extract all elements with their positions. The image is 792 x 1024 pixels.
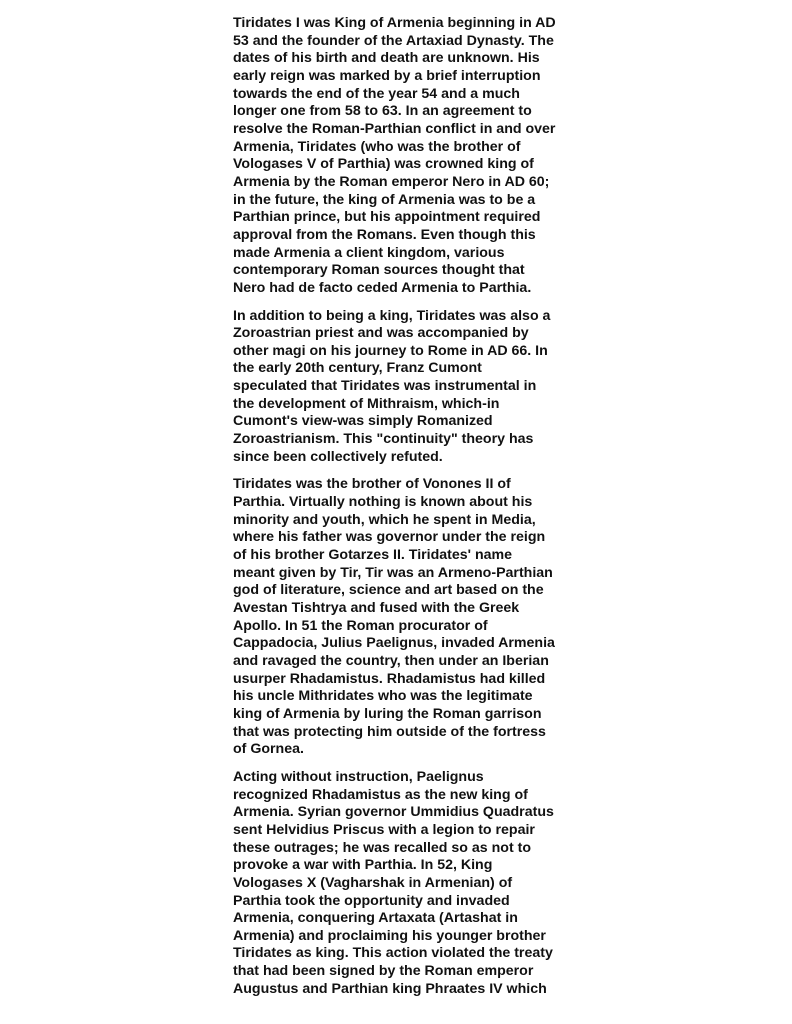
text-line: the early 20th century, Franz Cumont bbox=[233, 360, 563, 378]
paragraph: Acting without instruction, Paelignusrec… bbox=[233, 769, 563, 999]
text-line: Acting without instruction, Paelignus bbox=[233, 769, 563, 787]
text-line: of Gornea. bbox=[233, 741, 563, 759]
text-line: resolve the Roman-Parthian conflict in a… bbox=[233, 121, 563, 139]
text-line: early reign was marked by a brief interr… bbox=[233, 68, 563, 86]
text-line: Armenia, Tiridates (who was the brother … bbox=[233, 139, 563, 157]
text-line: of his brother Gotarzes II. Tiridates' n… bbox=[233, 547, 563, 565]
text-line: speculated that Tiridates was instrument… bbox=[233, 378, 563, 396]
text-line: Tiridates I was King of Armenia beginnin… bbox=[233, 15, 563, 33]
text-line: longer one from 58 to 63. In an agreemen… bbox=[233, 103, 563, 121]
text-line: Armenia) and proclaiming his younger bro… bbox=[233, 928, 563, 946]
text-line: Tiridates as king. This action violated … bbox=[233, 945, 563, 963]
text-line: Armenia. Syrian governor Ummidius Quadra… bbox=[233, 804, 563, 822]
document-page: Tiridates I was King of Armenia beginnin… bbox=[233, 15, 563, 1008]
text-line: that had been signed by the Roman empero… bbox=[233, 963, 563, 981]
text-line: Parthian prince, but his appointment req… bbox=[233, 209, 563, 227]
text-line: Armenia, conquering Artaxata (Artashat i… bbox=[233, 910, 563, 928]
text-line: and ravaged the country, then under an I… bbox=[233, 653, 563, 671]
text-line: Vologases V of Parthia) was crowned king… bbox=[233, 156, 563, 174]
text-line: Tiridates was the brother of Vonones II … bbox=[233, 476, 563, 494]
text-line: recognized Rhadamistus as the new king o… bbox=[233, 787, 563, 805]
text-line: Armenia by the Roman emperor Nero in AD … bbox=[233, 174, 563, 192]
text-line: these outrages; he was recalled so as no… bbox=[233, 840, 563, 858]
paragraph: Tiridates I was King of Armenia beginnin… bbox=[233, 15, 563, 298]
text-line: Zoroastrian priest and was accompanied b… bbox=[233, 325, 563, 343]
text-line: contemporary Roman sources thought that bbox=[233, 262, 563, 280]
text-line: Parthia took the opportunity and invaded bbox=[233, 893, 563, 911]
text-line: In addition to being a king, Tiridates w… bbox=[233, 308, 563, 326]
text-line: that was protecting him outside of the f… bbox=[233, 724, 563, 742]
text-line: Avestan Tishtrya and fused with the Gree… bbox=[233, 600, 563, 618]
text-line: where his father was governor under the … bbox=[233, 529, 563, 547]
text-line: his uncle Mithridates who was the legiti… bbox=[233, 688, 563, 706]
text-line: Zoroastrianism. This "continuity" theory… bbox=[233, 431, 563, 449]
text-line: other magi on his journey to Rome in AD … bbox=[233, 343, 563, 361]
text-line: Parthia. Virtually nothing is known abou… bbox=[233, 494, 563, 512]
text-line: meant given by Tir, Tir was an Armeno-Pa… bbox=[233, 565, 563, 583]
text-line: king of Armenia by luring the Roman garr… bbox=[233, 706, 563, 724]
text-line: minority and youth, which he spent in Me… bbox=[233, 512, 563, 530]
text-line: Nero had de facto ceded Armenia to Parth… bbox=[233, 280, 563, 298]
text-line: Cumont's view-was simply Romanized bbox=[233, 413, 563, 431]
text-line: made Armenia a client kingdom, various bbox=[233, 245, 563, 263]
text-line: dates of his birth and death are unknown… bbox=[233, 50, 563, 68]
text-line: in the future, the king of Armenia was t… bbox=[233, 192, 563, 210]
text-line: 53 and the founder of the Artaxiad Dynas… bbox=[233, 33, 563, 51]
text-line: Augustus and Parthian king Phraates IV w… bbox=[233, 981, 563, 999]
text-line: provoke a war with Parthia. In 52, King bbox=[233, 857, 563, 875]
text-line: Cappadocia, Julius Paelignus, invaded Ar… bbox=[233, 635, 563, 653]
text-line: god of literature, science and art based… bbox=[233, 582, 563, 600]
text-line: Vologases X (Vagharshak in Armenian) of bbox=[233, 875, 563, 893]
text-line: usurper Rhadamistus. Rhadamistus had kil… bbox=[233, 671, 563, 689]
text-line: since been collectively refuted. bbox=[233, 449, 563, 467]
paragraph: Tiridates was the brother of Vonones II … bbox=[233, 476, 563, 759]
paragraph: In addition to being a king, Tiridates w… bbox=[233, 308, 563, 467]
text-line: approval from the Romans. Even though th… bbox=[233, 227, 563, 245]
text-line: sent Helvidius Priscus with a legion to … bbox=[233, 822, 563, 840]
text-line: towards the end of the year 54 and a muc… bbox=[233, 86, 563, 104]
text-line: the development of Mithraism, which-in bbox=[233, 396, 563, 414]
text-line: Apollo. In 51 the Roman procurator of bbox=[233, 618, 563, 636]
